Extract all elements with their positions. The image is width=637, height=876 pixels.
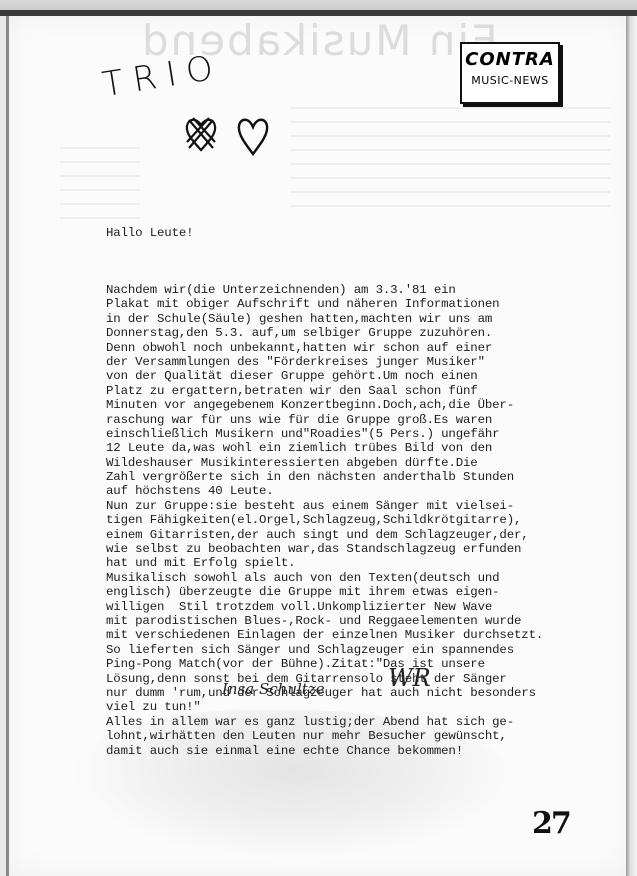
- letter-line: viel zu tun!": [106, 700, 606, 714]
- letter-line: Alles in allem war es ganz lustig;der Ab…: [106, 715, 606, 729]
- letter-line: einem Gitarristen,der auch singt und dem…: [106, 528, 606, 542]
- letter-line: Platz zu ergattern,betraten wir den Saal…: [106, 384, 606, 398]
- logo-brand: CONTRA: [462, 49, 558, 70]
- letter-line: in der Schule(Säule) geshen hatten,macht…: [106, 312, 606, 326]
- letter-lines: Nachdem wir(die Unterzeichnenden) am 3.3…: [106, 283, 606, 758]
- letter-line: mit verschiedenen Einlagen der einzelnen…: [106, 628, 606, 642]
- letter-body: Hallo Leute! Nachdem wir(die Unterzeichn…: [106, 197, 606, 772]
- bleed-through-text: [290, 100, 610, 210]
- letter-line: willigen Stil trotzdem voll.Unkomplizier…: [106, 600, 606, 614]
- letter-line: Ping-Pong Match(vor der Bühne).Zitat:"Da…: [106, 657, 606, 671]
- letter-line: damit auch sie einmal eine echte Chance …: [106, 744, 606, 758]
- letter-line: hat und mit Erfolg spielt.: [106, 556, 606, 570]
- letter-line: mit parodistischen Blues-,Rock- und Regg…: [106, 614, 606, 628]
- letter-line: auf höchstens 40 Leute.: [106, 484, 606, 498]
- letter-greeting: Hallo Leute!: [106, 226, 606, 240]
- letter-line: Musikalisch sowohl als auch von den Text…: [106, 571, 606, 585]
- letter-line: Donnerstag,den 5.3. auf,um selbiger Grup…: [106, 326, 606, 340]
- signature: Insa Schultze: [222, 680, 325, 698]
- letter-line: Wildeshauser Musikinteressierten abgeben…: [106, 456, 606, 470]
- signature-initials: WR: [388, 664, 431, 692]
- letter-line: Denn obwohl noch unbekannt,hatten wir sc…: [106, 341, 606, 355]
- letter-line: von der Qualität dieser Gruppe gehört.Um…: [106, 369, 606, 383]
- letter-line: lohnt,wirhätten den Leuten nur mehr Besu…: [106, 729, 606, 743]
- logo-subtitle: MUSIC-NEWS: [462, 74, 558, 87]
- heart-icon: [236, 114, 270, 158]
- heart-doodles: [184, 114, 270, 158]
- page-number: 27: [532, 806, 570, 841]
- scan-top-edge: [0, 0, 637, 14]
- letter-line: raschung war für uns wie für die Gruppe …: [106, 413, 606, 427]
- page-edge-shadow: [626, 16, 637, 876]
- letter-line: Lösung,denn sonst bei dem Gitarrensolo s…: [106, 672, 606, 686]
- letter-line: Nachdem wir(die Unterzeichnenden) am 3.3…: [106, 283, 606, 297]
- crossed-heart-icon: [184, 114, 218, 158]
- letter-line: der Versammlungen des "Förderkreises jun…: [106, 355, 606, 369]
- letter-line: englisch) überzeugte die Gruppe mit ihre…: [106, 585, 606, 599]
- letter-line: Nun zur Gruppe:sie besteht aus einem Sän…: [106, 499, 606, 513]
- letter-line: Plakat mit obiger Aufschrift und näheren…: [106, 297, 606, 311]
- letter-line: einschließlich Musikern und"Roadies"(5 P…: [106, 427, 606, 441]
- contra-music-news-logo: CONTRA MUSIC-NEWS: [460, 42, 560, 104]
- letter-line: 12 Leute da,was wohl ein ziemlich trübes…: [106, 441, 606, 455]
- letter-line: wie selbst zu beobachten war,das Standsc…: [106, 542, 606, 556]
- letter-line: nur dumm 'rum,und der Schlagzeuger hat a…: [106, 686, 606, 700]
- letter-line: Zahl vergrößerte sich in den nächsten an…: [106, 470, 606, 484]
- letter-line: Minuten vor angegebenem Konzertbeginn.Do…: [106, 398, 606, 412]
- letter-line: So lieferten sich Sänger und Schlagzeuge…: [106, 643, 606, 657]
- letter-line: tigen Fähigkeiten(el.Orgel,Schlagzeug,Sc…: [106, 513, 606, 527]
